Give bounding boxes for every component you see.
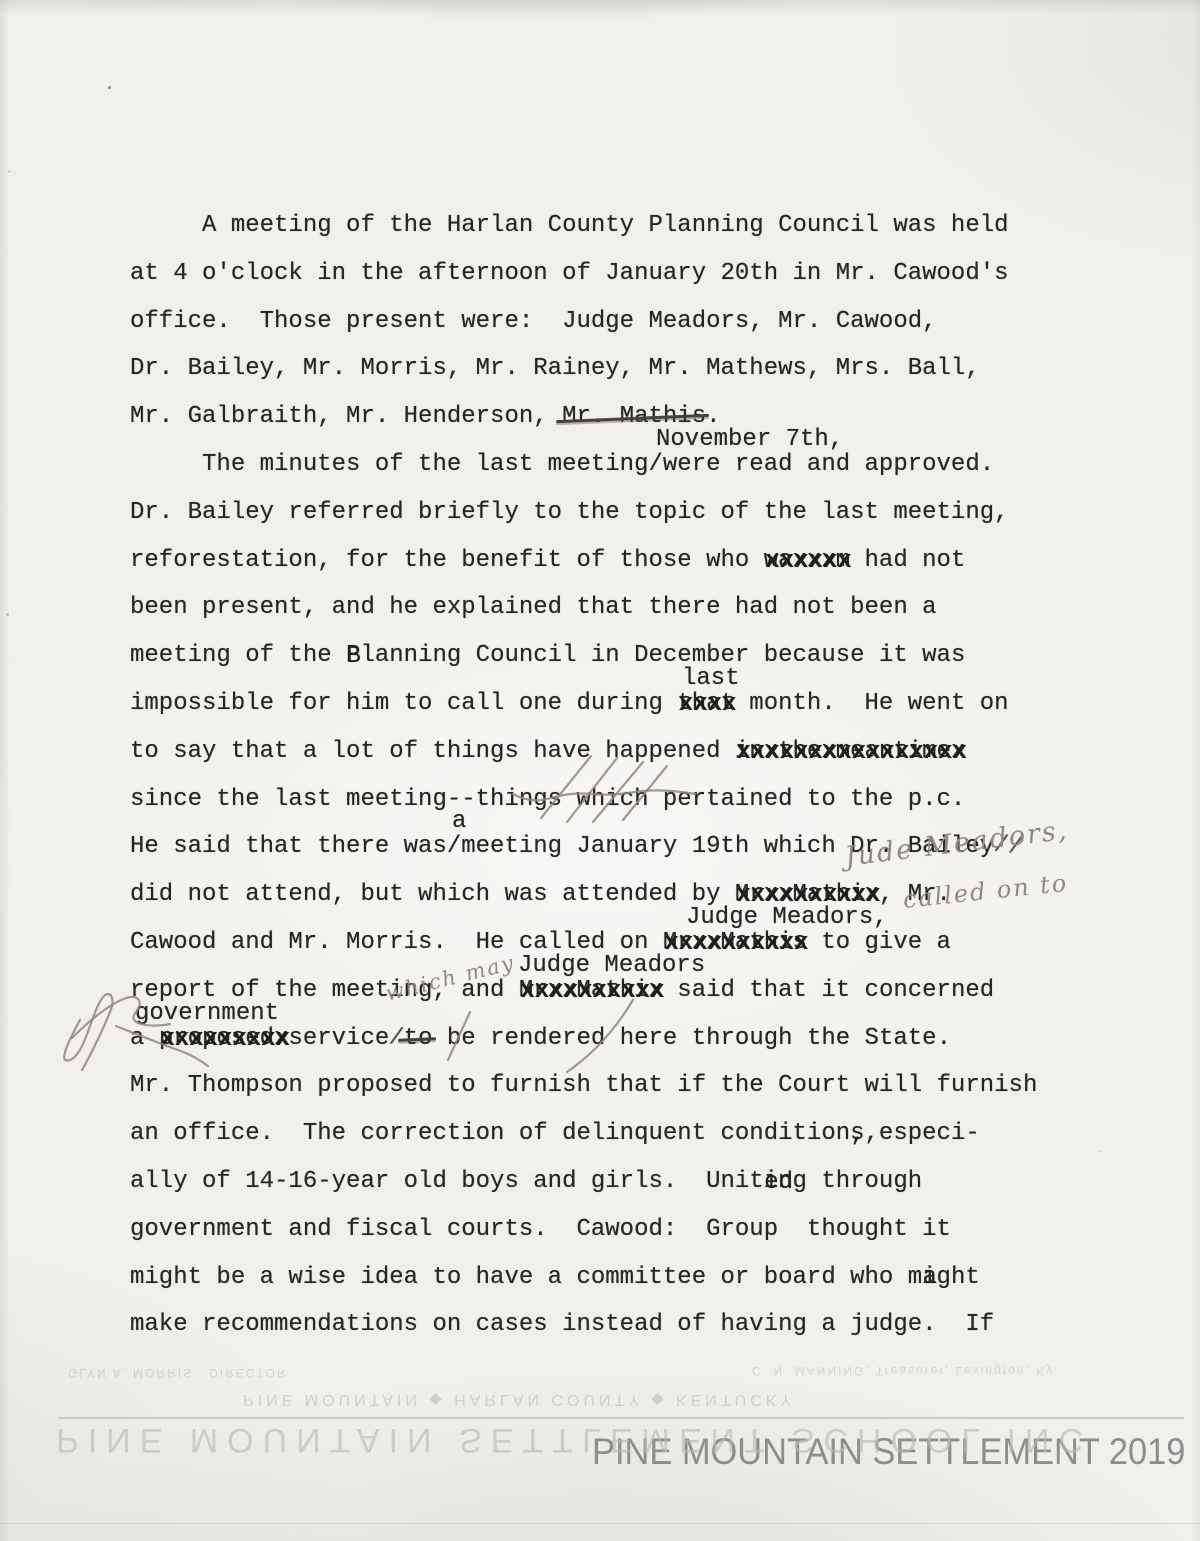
document-page: A meeting of the Harlan County Planning … xyxy=(0,0,1200,1541)
pencil-stroke xyxy=(555,996,650,1078)
bleedthrough-text: C. N. MANNING, Treasurer, Lexington, Ky. xyxy=(752,1364,1059,1378)
typed-text: A meeting of the Harlan County Planning … xyxy=(130,212,1009,239)
bleedthrough-text: PINE MOUNTAIN SETTLEMENT SCHOOL INC xyxy=(56,1420,1092,1459)
typed-text: might be a wise idea to have a committee… xyxy=(130,1264,922,1291)
typed-text: make recommendations on cases instead of… xyxy=(130,1311,994,1338)
typed-text: month. He went on xyxy=(735,690,1009,717)
typed-line: impossible for him to call one during th… xyxy=(130,690,1009,717)
pencil-caret xyxy=(438,1008,482,1066)
typed-text: ,especi- xyxy=(865,1120,980,1147)
typed-text: meeting of the xyxy=(130,642,346,669)
typed-text: reforestation, for the benefit of those … xyxy=(130,547,764,574)
typed-text: office. Those present were: Judge Meador… xyxy=(130,308,937,335)
typed-insertion: Judge Meadors, xyxy=(686,904,888,931)
typed-strikeout: inxthexmeantimex xyxy=(735,738,965,765)
typed-strikeout: that xyxy=(677,690,735,717)
typed-text: Dr. Bailey referred briefly to the topic… xyxy=(130,499,1009,526)
typed-line: an office. The correction of delinquent … xyxy=(130,1120,980,1147)
typed-text: did not attend, but which was attended b… xyxy=(130,881,735,908)
pencil-annotation: Jude Meadors, xyxy=(843,815,1070,873)
typed-insertion: last xyxy=(682,665,740,692)
typed-text: had not xyxy=(850,547,965,574)
typed-line: Dr. Bailey, Mr. Morris, Mr. Rainey, Mr. … xyxy=(130,355,980,382)
typed-insertion: November 7th, xyxy=(656,426,843,453)
pencil-scribble-things xyxy=(505,750,720,830)
typed-text: said that it concerned xyxy=(663,977,994,1004)
overtyped-text: s xyxy=(850,1120,864,1147)
typed-line: A meeting of the Harlan County Planning … xyxy=(130,212,1009,239)
typed-text: at 4 o'clock in the afternoon of January… xyxy=(130,260,1009,287)
typed-line: reforestation, for the benefit of those … xyxy=(130,547,965,574)
typed-line: Mr. Galbraith, Mr. Henderson, Mr. Mathis… xyxy=(130,403,721,430)
bleedthrough-text: PINE MOUNTAIN ◆ HARLAN COUNTY ◆ KENTUCKY xyxy=(243,1390,795,1410)
typed-text: The minutes of the last meeting/were rea… xyxy=(130,451,994,478)
typed-text: government and fiscal courts. Cawood: Gr… xyxy=(130,1216,951,1243)
typed-line: meeting of the Planning Council in Decem… xyxy=(130,642,965,669)
typed-line: might be a wise idea to have a committee… xyxy=(130,1264,980,1291)
typed-text: impossible for him to call one during xyxy=(130,690,677,717)
scan-specks xyxy=(108,86,111,89)
typed-text: Mr. Galbraith, Mr. Henderson, xyxy=(130,403,562,430)
typed-text: service xyxy=(288,1025,389,1052)
typed-text: Dr. Bailey, Mr. Morris, Mr. Rainey, Mr. … xyxy=(130,355,980,382)
typed-line: been present, and he explained that ther… xyxy=(130,594,937,621)
typed-line: office. Those present were: Judge Meador… xyxy=(130,308,937,335)
typed-text: ally of 14-16-year old boys and girls. U… xyxy=(130,1168,764,1195)
pencil-annotation: called on to xyxy=(902,869,1070,914)
typed-line: at 4 o'clock in the afternoon of January… xyxy=(130,260,1009,287)
typed-line: ally of 14-16-year old boys and girls. U… xyxy=(130,1168,922,1195)
bleedthrough-rule xyxy=(58,1417,1184,1419)
overtyped-text: i xyxy=(922,1264,936,1291)
typed-text: an office. The correction of delinquent … xyxy=(130,1120,850,1147)
pencil-scribble-margin xyxy=(52,968,212,1078)
overtyped-text: P xyxy=(346,642,360,669)
typed-text: be rendered here through the State. xyxy=(432,1025,950,1052)
typed-text: ght xyxy=(937,1264,980,1291)
typed-insertion: a xyxy=(452,808,466,835)
typed-text: lanning Council in December because it w… xyxy=(360,642,965,669)
typed-line: Dr. Bailey referred briefly to the topic… xyxy=(130,499,1009,526)
typed-text: been present, and he explained that ther… xyxy=(130,594,937,621)
bleedthrough-text: GLYN A. MORRIS DIRECTOR xyxy=(68,1366,288,1380)
overtyped-text: in xyxy=(764,1168,793,1195)
typed-line: make recommendations on cases instead of… xyxy=(130,1311,994,1338)
typed-line: a proposedxservice/to be rendered here t… xyxy=(130,1025,951,1052)
typed-strikeout: waxxxm xyxy=(764,547,850,574)
typed-insertion: Judge Meadors xyxy=(518,952,705,979)
typed-text: g through xyxy=(793,1168,923,1195)
typed-line: government and fiscal courts. Cawood: Gr… xyxy=(130,1216,951,1243)
typed-text: to give a xyxy=(807,929,951,956)
typed-line: The minutes of the last meeting/were rea… xyxy=(130,451,994,478)
pencil-struck-text: to xyxy=(404,1025,433,1052)
bleedthrough-rule-bottom xyxy=(0,1523,1200,1524)
